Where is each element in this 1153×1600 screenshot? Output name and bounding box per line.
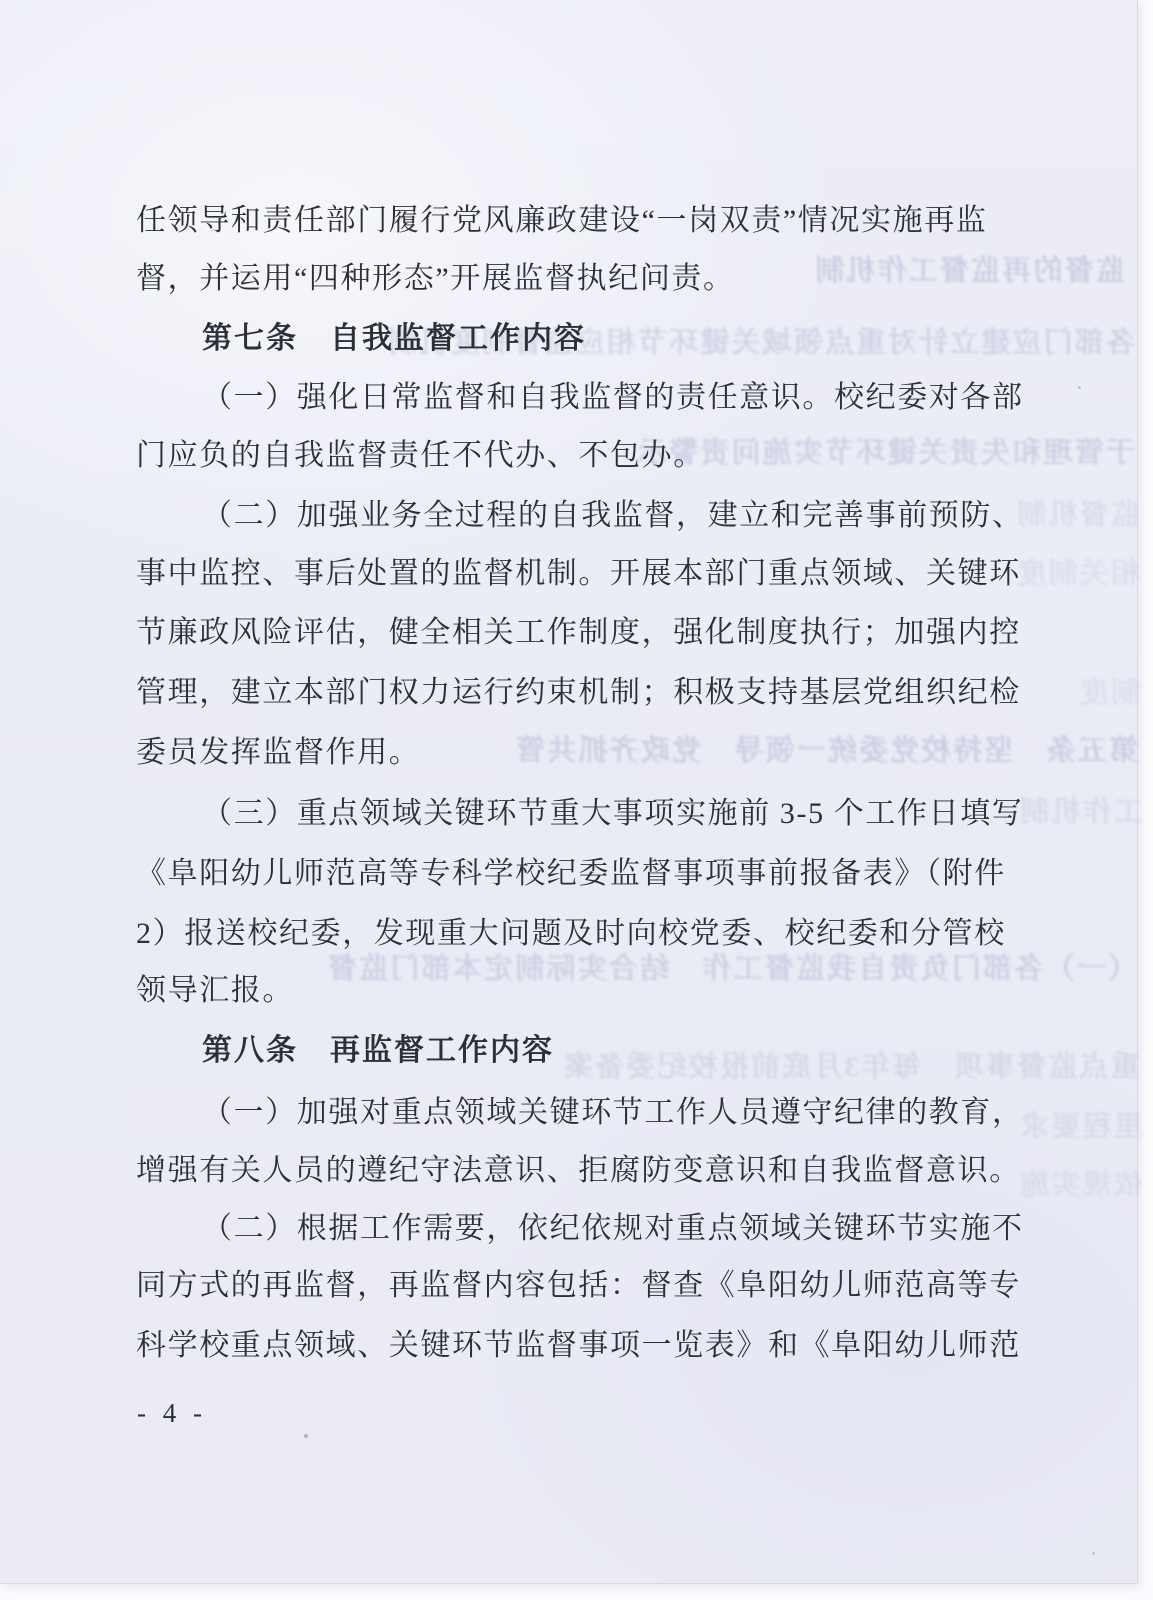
text-line: 门应负的自我监督责任不代办、不包办。 <box>136 439 1018 473</box>
text-line: 事中监控、事后处置的监督机制。开展本部门重点领域、关键环 <box>136 557 1018 591</box>
text-line: 增强有关人员的遵纪守法意识、拒腐防变意识和自我监督意识。 <box>136 1154 1018 1188</box>
text-line: （二）根据工作需要，依纪依规对重点领域关键环节实施不 <box>202 1212 1084 1246</box>
page-number: - 4 - <box>137 1398 207 1429</box>
text-line: 《阜阳幼儿师范高等专科学校纪委监督事项事前报备表》（附件 <box>136 857 1018 891</box>
paper-sheet: 监督的再监督工作机制 各部门应建立针对重点领域关键环节相应监督制度机制 于管理和… <box>0 0 1138 1584</box>
text-line: 督，并运用“四种形态”开展监督执纪问责。 <box>136 262 1018 296</box>
text-line: 领导汇报。 <box>136 974 1018 1008</box>
text-line: （二）加强业务全过程的自我监督，建立和完善事前预防、 <box>202 499 1084 533</box>
text-line: （三）重点领域关键环节重大事项实施前 3-5 个工作日填写 <box>202 797 1084 831</box>
section-heading: 第八条 再监督工作内容 <box>202 1034 1084 1068</box>
scanned-document-page: 监督的再监督工作机制 各部门应建立针对重点领域关键环节相应监督制度机制 于管理和… <box>0 0 1153 1600</box>
section-heading: 第七条 自我监督工作内容 <box>202 322 1084 356</box>
text-line: 委员发挥监督作用。 <box>136 736 1018 770</box>
text-line: 科学校重点领域、关键环节监督事项一览表》和《阜阳幼儿师范 <box>136 1329 1018 1363</box>
text-line: （一）强化日常监督和自我监督的责任意识。校纪委对各部 <box>202 381 1084 415</box>
text-line: 管理，建立本部门权力运行约束机制；积极支持基层党组织纪检 <box>136 676 1018 710</box>
text-line: （一）加强对重点领域关键环节工作人员遵守纪律的教育， <box>202 1096 1084 1130</box>
text-line: 节廉政风险评估，健全相关工作制度，强化制度执行；加强内控 <box>136 616 1018 650</box>
text-line: 同方式的再监督，再监督内容包括：督查《阜阳幼儿师范高等专 <box>136 1269 1018 1303</box>
dust-speck <box>1092 1552 1095 1555</box>
bleedthrough-line: 制度 <box>1042 670 1140 711</box>
text-line: 2）报送校纪委，发现重大问题及时向校党委、校纪委和分管校 <box>136 917 1018 951</box>
dust-speck <box>304 1434 308 1438</box>
text-line: 任领导和责任部门履行党风廉政建设“一岗双责”情况实施再监 <box>136 204 1018 238</box>
